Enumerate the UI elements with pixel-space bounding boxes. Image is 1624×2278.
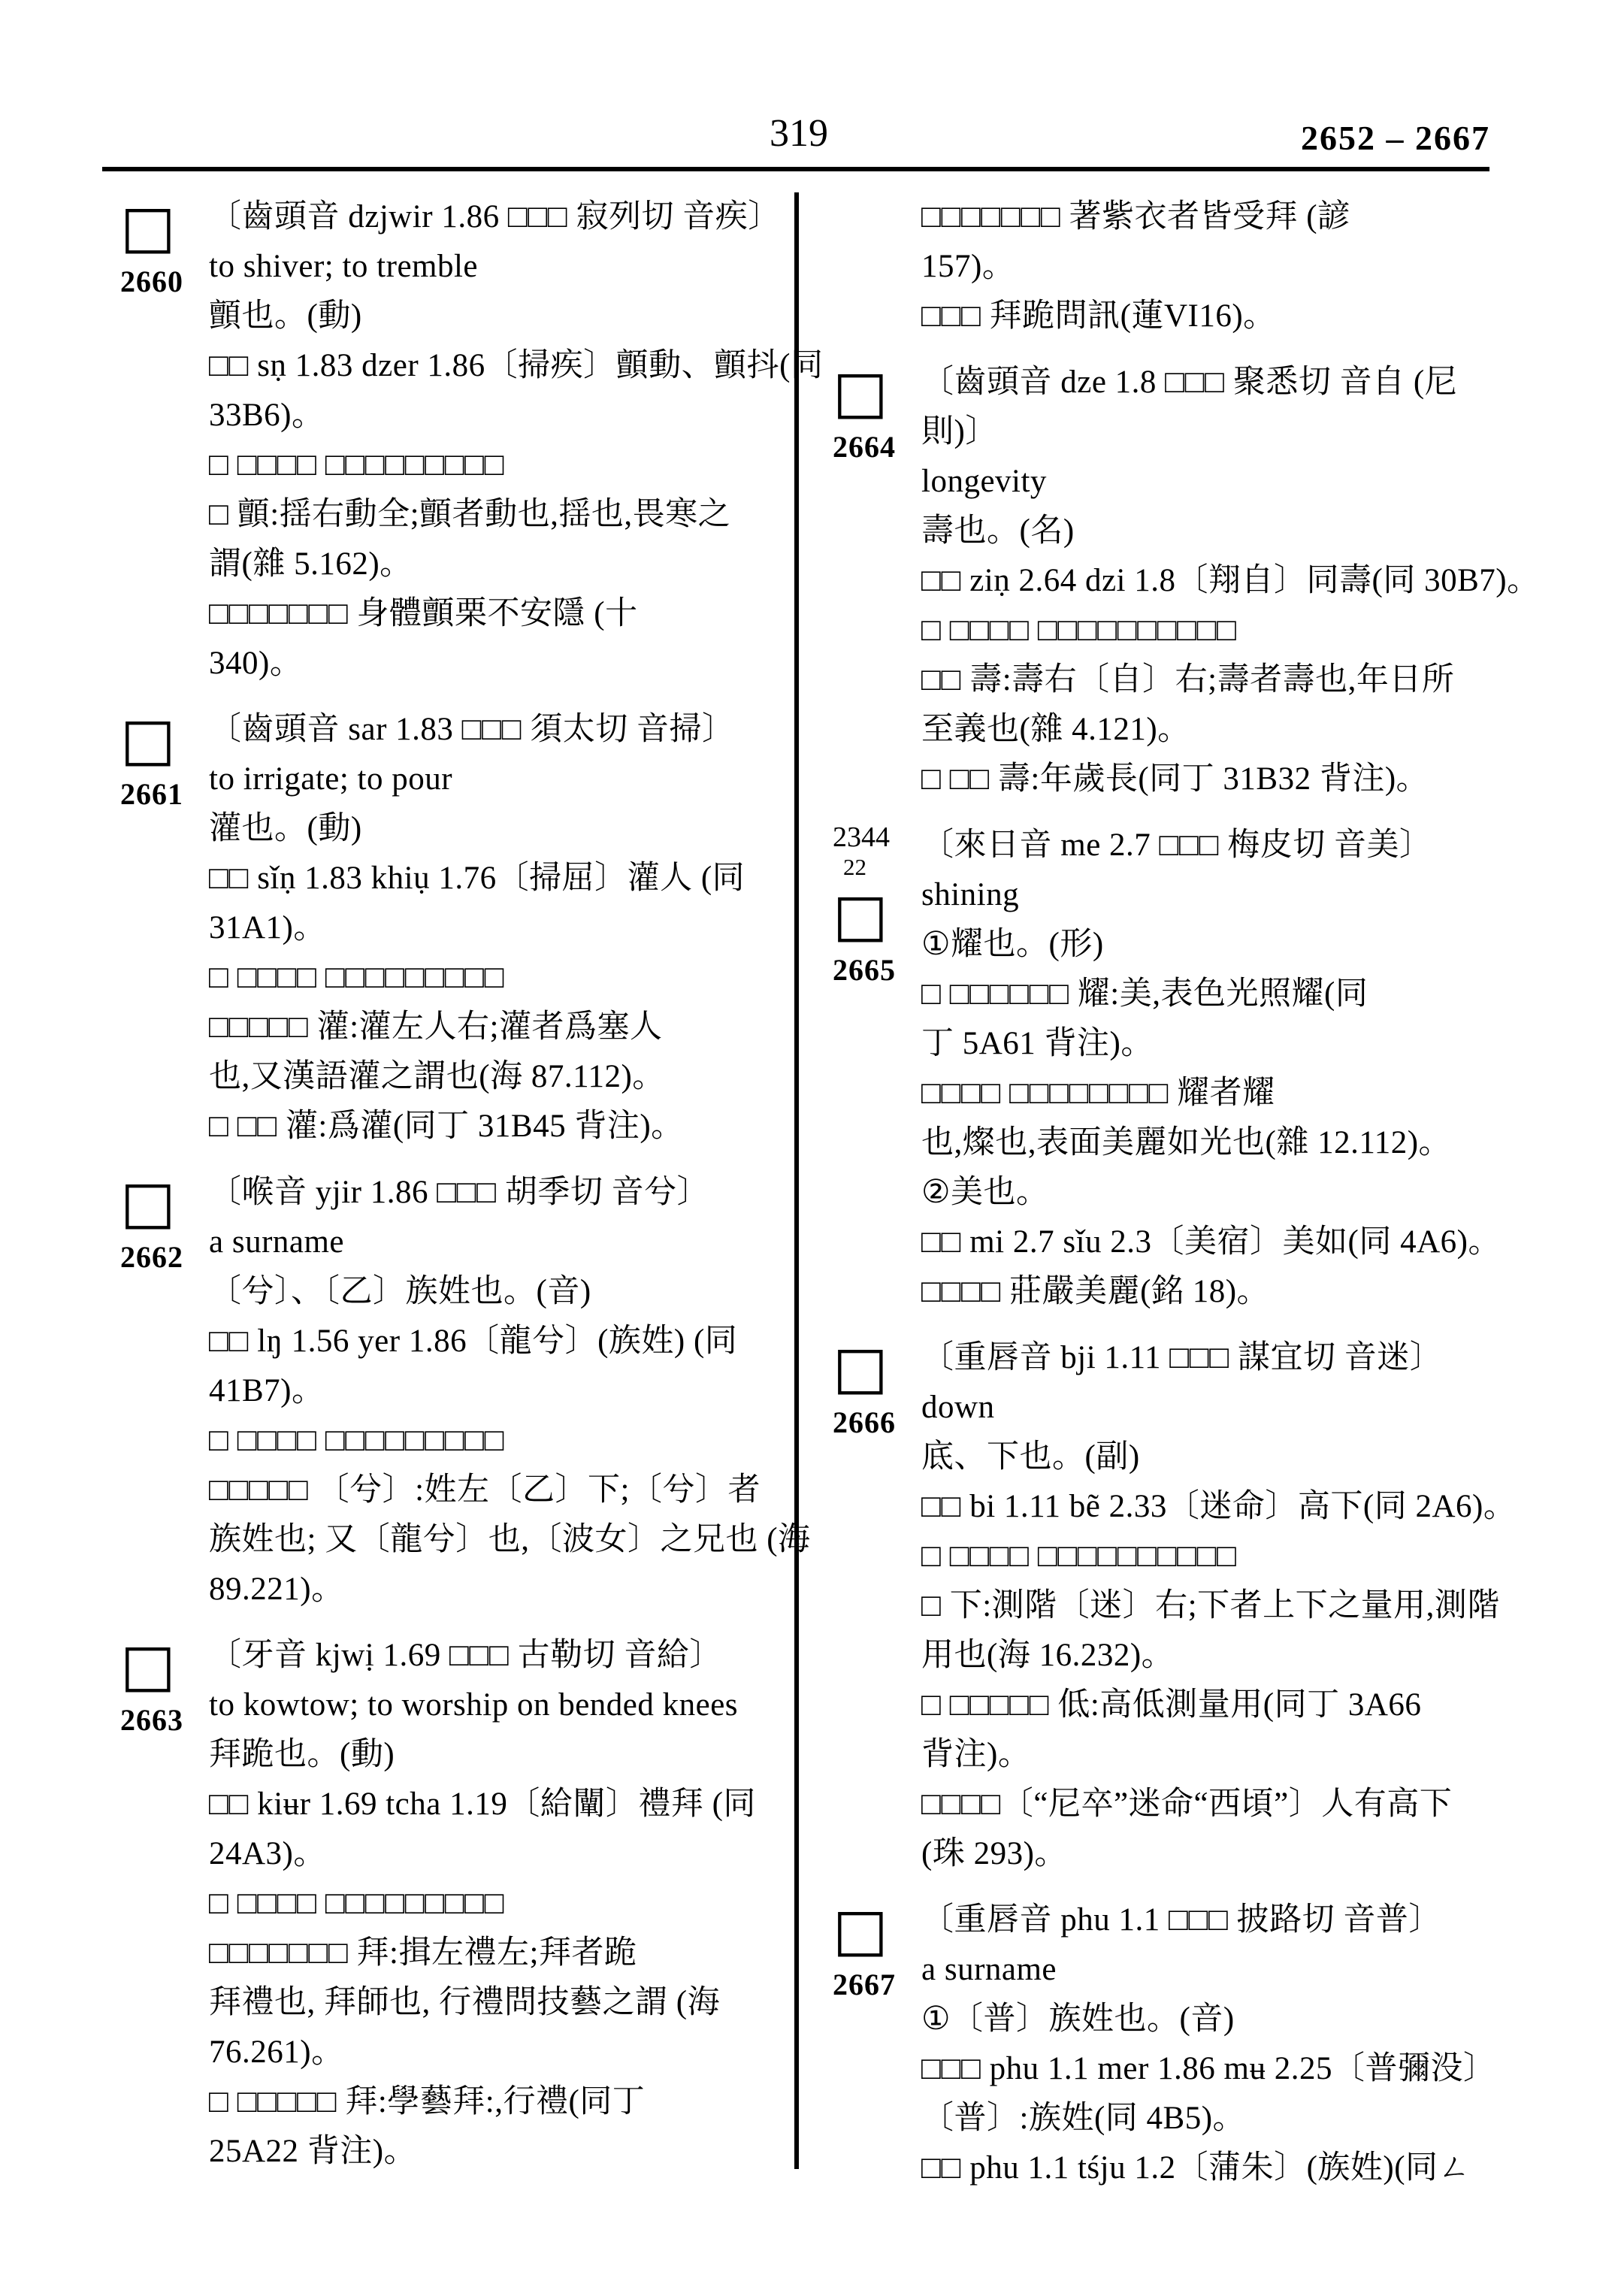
entry-line: □ □□□□□ 拜:學藝拜:,行禮(同丁 bbox=[209, 2077, 785, 2127]
entry-body: 〔齒頭音 sar 1.83 □□□ 須太切 音掃〕to irrigate; to… bbox=[209, 705, 785, 1151]
entry-line: 24A3)。 bbox=[209, 1829, 785, 1879]
entry-line: 族姓也; 又〔龍兮〕也,〔波女〕之兄也 (海 bbox=[209, 1515, 785, 1565]
page-number: 319 bbox=[724, 113, 874, 155]
entry-line: □□ phu 1.1 tśju 1.2〔蒲朱〕(族姓)(同ㄥ bbox=[921, 2143, 1589, 2193]
dictionary-entry: □2666〔重唇音 bji 1.11 □□□ 謀宜切 音迷〕down底、下也。(… bbox=[833, 1333, 1589, 1879]
entry-number: 2665 bbox=[833, 953, 921, 988]
entry-line: □□ sǐṇ 1.83 khiụ 1.76〔掃屈〕灌人 (同 bbox=[209, 854, 785, 903]
entry-line: a surname bbox=[921, 1945, 1589, 1995]
entry-number: 2662 bbox=[120, 1240, 209, 1275]
entry-line: □□ bi 1.11 bẽ 2.33〔迷命〕高下(同 2A6)。 bbox=[921, 1482, 1589, 1532]
entry-number: 2663 bbox=[120, 1703, 209, 1738]
entry-continuation: □□□□□□□ 著紫衣者皆受拜 (諺157)。□□□ 拜跪問訊(蓮VI16)。 bbox=[833, 192, 1589, 341]
entry-line: □ □□ 壽:年歲長(同丁 31B32 背注)。 bbox=[921, 755, 1589, 804]
entry-line: □ □□□□□□ 耀:美,表色光照耀(同 bbox=[921, 970, 1589, 1019]
tangut-headword-glyph: □ bbox=[833, 1333, 921, 1402]
dictionary-entry: 234422□2665〔來日音 me 2.7 □□□ 梅皮切 音美〕shinin… bbox=[833, 821, 1589, 1317]
entry-line: □□ kiʉr 1.69 tcha 1.19〔給闡〕禮拜 (同 bbox=[209, 1780, 785, 1829]
entry-line: □□ sṇ 1.83 dzer 1.86〔掃疾〕顫動、顫抖(同 bbox=[209, 341, 785, 391]
entry-gutter: □2667 bbox=[833, 1895, 921, 2193]
entry-line: 〔來日音 me 2.7 □□□ 梅皮切 音美〕 bbox=[921, 821, 1589, 870]
entry-line: □ □□□□ □□□□□□□□□ bbox=[209, 1879, 785, 1929]
entry-line: 謂(雜 5.162)。 bbox=[209, 540, 785, 589]
entry-line: 壽也。(名) bbox=[921, 507, 1589, 556]
entry-line: a surname bbox=[209, 1218, 785, 1267]
entry-line: 拜跪也。(動) bbox=[209, 1730, 785, 1780]
dictionary-entry: □2661〔齒頭音 sar 1.83 □□□ 須太切 音掃〕to irrigat… bbox=[120, 705, 785, 1151]
entry-line: 33B6)。 bbox=[209, 391, 785, 440]
entry-line: □□□ 拜跪問訊(蓮VI16)。 bbox=[921, 292, 1589, 341]
tangut-headword-glyph: □ bbox=[833, 881, 921, 950]
entry-line: 〔普〕:族姓(同 4B5)。 bbox=[921, 2094, 1589, 2143]
dictionary-entry: □2667〔重唇音 phu 1.1 □□□ 披路切 音普〕a surname①〔… bbox=[833, 1895, 1589, 2193]
entry-body: 〔齒頭音 dzjwir 1.86 □□□ 寂列切 音疾〕to shiver; t… bbox=[209, 192, 785, 688]
entry-line: □ □□ 灌:爲灌(同丁 31B45 背注)。 bbox=[209, 1102, 785, 1151]
entry-line: □ 下:測階〔迷〕右;下者上下之量用,測階 bbox=[921, 1581, 1589, 1631]
entry-line: shining bbox=[921, 870, 1589, 920]
dictionary-page: 319 2652 – 2667 □2660〔齒頭音 dzjwir 1.86 □□… bbox=[0, 0, 1624, 2278]
entry-line: □□□□ □□□□□□□□ 耀者耀 bbox=[921, 1069, 1589, 1118]
column-divider bbox=[794, 192, 799, 2169]
entry-number: 2664 bbox=[833, 430, 921, 464]
entry-line: 丁 5A61 背注)。 bbox=[921, 1019, 1589, 1069]
right-column: □□□□□□□ 著紫衣者皆受拜 (諺157)。□□□ 拜跪問訊(蓮VI16)。□… bbox=[833, 192, 1589, 2193]
entry-line: 顫也。(動) bbox=[209, 292, 785, 341]
entry-body: 〔重唇音 phu 1.1 □□□ 披路切 音普〕a surname①〔普〕族姓也… bbox=[921, 1895, 1589, 2193]
entry-line: to kowtow; to worship on bended knees bbox=[209, 1681, 785, 1730]
entry-line: 41B7)。 bbox=[209, 1366, 785, 1416]
entry-line: 〔重唇音 phu 1.1 □□□ 披路切 音普〕 bbox=[921, 1895, 1589, 1945]
dictionary-entry: □2660〔齒頭音 dzjwir 1.86 □□□ 寂列切 音疾〕to shiv… bbox=[120, 192, 785, 688]
tangut-headword-glyph: □ bbox=[120, 192, 209, 262]
entry-line: 用也(海 16.232)。 bbox=[921, 1631, 1589, 1681]
entry-line: 〔牙音 kjwị 1.69 □□□ 古勒切 音給〕 bbox=[209, 1631, 785, 1681]
entry-line: ②美也。 bbox=[921, 1168, 1589, 1218]
tangut-headword-glyph: □ bbox=[120, 705, 209, 774]
entry-line: 也,燦也,表面美麗如光也(雜 12.112)。 bbox=[921, 1118, 1589, 1168]
dictionary-entry: □2663〔牙音 kjwị 1.69 □□□ 古勒切 音給〕to kowtow;… bbox=[120, 1631, 785, 2177]
entry-line: down bbox=[921, 1383, 1589, 1432]
entry-line: ①〔普〕族姓也。(音) bbox=[921, 1995, 1589, 2044]
entry-line: ①耀也。(形) bbox=[921, 920, 1589, 970]
dictionary-entry: □2664〔齒頭音 dze 1.8 □□□ 聚悉切 音自 (尼則)〕longev… bbox=[833, 358, 1589, 804]
entry-line: □ □□□□□ 低:高低測量用(同丁 3A66 bbox=[921, 1681, 1589, 1730]
entry-body: 〔來日音 me 2.7 □□□ 梅皮切 音美〕shining①耀也。(形)□ □… bbox=[921, 821, 1589, 1317]
entry-line: □□□□□ 灌:灌左人右;灌者爲塞人 bbox=[209, 1003, 785, 1052]
entry-line: □□ 壽:壽右〔自〕右;壽者壽也,年日所 bbox=[921, 655, 1589, 705]
entry-line: 76.261)。 bbox=[209, 2028, 785, 2077]
entry-line: □□□□□ 〔兮〕:姓左〔乙〕下;〔兮〕者 bbox=[209, 1466, 785, 1515]
entry-line: longevity bbox=[921, 457, 1589, 507]
entry-number: 2661 bbox=[120, 777, 209, 812]
entry-line: □ □□□□ □□□□□□□□□□ bbox=[921, 606, 1589, 655]
entry-line: (珠 293)。 bbox=[921, 1829, 1589, 1879]
entry-line: 25A22 背注)。 bbox=[209, 2127, 785, 2177]
entry-line: □□□□ 莊嚴美麗(銘 18)。 bbox=[921, 1267, 1589, 1317]
entry-line: 157)。 bbox=[921, 242, 1589, 292]
entry-line: to irrigate; to pour bbox=[209, 755, 785, 804]
entry-line: □ □□□□ □□□□□□□□□ bbox=[209, 953, 785, 1003]
entry-number: 2667 bbox=[833, 1968, 921, 2002]
entry-line: □□□□□□□ 著紫衣者皆受拜 (諺 bbox=[921, 192, 1589, 242]
entry-body: 〔喉音 yjir 1.86 □□□ 胡季切 音兮〕a surname〔兮〕、〔乙… bbox=[209, 1168, 785, 1614]
entry-line: □□□ phu 1.1 mer 1.86 mʉ 2.25〔普彌没〕 bbox=[921, 2044, 1589, 2094]
header-rule bbox=[102, 167, 1489, 171]
entry-gutter: □2664 bbox=[833, 358, 921, 804]
entry-line: □ □□□□ □□□□□□□□□ bbox=[209, 1416, 785, 1466]
tangut-headword-glyph: □ bbox=[833, 1895, 921, 1965]
entry-line: 340)。 bbox=[209, 639, 785, 688]
tangut-headword-glyph: □ bbox=[120, 1631, 209, 1700]
entry-line: to shiver; to tremble bbox=[209, 242, 785, 292]
entry-line: □□□□〔“尼卒”迷命“西頃”〕人有高下 bbox=[921, 1780, 1589, 1829]
tangut-headword-glyph: □ bbox=[120, 1168, 209, 1237]
cross-reference-number: 22 bbox=[833, 854, 921, 881]
entry-line: □ □□□□ □□□□□□□□□ bbox=[209, 440, 785, 490]
entry-line: 〔喉音 yjir 1.86 □□□ 胡季切 音兮〕 bbox=[209, 1168, 785, 1218]
entry-line: 〔齒頭音 dze 1.8 □□□ 聚悉切 音自 (尼 bbox=[921, 358, 1589, 407]
entry-line: 89.221)。 bbox=[209, 1565, 785, 1614]
entry-body: 〔牙音 kjwị 1.69 □□□ 古勒切 音給〕to kowtow; to w… bbox=[209, 1631, 785, 2177]
header-entry-range: 2652 – 2667 bbox=[1227, 119, 1490, 158]
entry-line: 至義也(雜 4.121)。 bbox=[921, 705, 1589, 755]
entry-line: 也,又漢語灌之謂也(海 87.112)。 bbox=[209, 1052, 785, 1102]
entry-body: □□□□□□□ 著紫衣者皆受拜 (諺157)。□□□ 拜跪問訊(蓮VI16)。 bbox=[921, 192, 1589, 341]
left-column: □2660〔齒頭音 dzjwir 1.86 □□□ 寂列切 音疾〕to shiv… bbox=[120, 192, 785, 2177]
entry-line: 則)〕 bbox=[921, 407, 1589, 457]
entry-number: 2666 bbox=[833, 1405, 921, 1440]
entry-line: 31A1)。 bbox=[209, 903, 785, 953]
entry-line: 背注)。 bbox=[921, 1730, 1589, 1780]
dictionary-entry: □2662〔喉音 yjir 1.86 □□□ 胡季切 音兮〕a surname〔… bbox=[120, 1168, 785, 1614]
cross-reference-number: 2344 bbox=[833, 821, 921, 854]
entry-line: 〔齒頭音 sar 1.83 □□□ 須太切 音掃〕 bbox=[209, 705, 785, 755]
entry-gutter bbox=[833, 192, 921, 341]
entry-line: □ 顫:揺右動全;顫者動也,揺也,畏寒之 bbox=[209, 490, 785, 540]
entry-line: 灌也。(動) bbox=[209, 804, 785, 854]
entry-line: □□□□□□□ 拜:揖左禮左;拜者跪 bbox=[209, 1929, 785, 1978]
entry-line: □□ mi 2.7 sǐu 2.3〔美宿〕美如(同 4A6)。 bbox=[921, 1218, 1589, 1267]
entry-gutter: □2661 bbox=[120, 705, 209, 1151]
entry-line: 〔齒頭音 dzjwir 1.86 □□□ 寂列切 音疾〕 bbox=[209, 192, 785, 242]
entry-line: □ □□□□ □□□□□□□□□□ bbox=[921, 1532, 1589, 1581]
entry-line: □□ lŋ 1.56 yer 1.86〔龍兮〕(族姓) (同 bbox=[209, 1317, 785, 1366]
entry-line: 拜禮也, 拜師也, 行禮問技藝之謂 (海 bbox=[209, 1978, 785, 2028]
entry-gutter: □2663 bbox=[120, 1631, 209, 2177]
entry-gutter: □2660 bbox=[120, 192, 209, 688]
entry-line: □□□□□□□ 身體顫栗不安隱 (十 bbox=[209, 589, 785, 639]
entry-line: 〔重唇音 bji 1.11 □□□ 謀宜切 音迷〕 bbox=[921, 1333, 1589, 1383]
tangut-headword-glyph: □ bbox=[833, 358, 921, 427]
entry-line: □□ ziṇ 2.64 dzi 1.8〔翔自〕同壽(同 30B7)。 bbox=[921, 556, 1589, 606]
entry-gutter: 234422□2665 bbox=[833, 821, 921, 1317]
entry-line: 底、下也。(副) bbox=[921, 1432, 1589, 1482]
entry-line: 〔兮〕、〔乙〕族姓也。(音) bbox=[209, 1267, 785, 1317]
entry-gutter: □2666 bbox=[833, 1333, 921, 1879]
entry-number: 2660 bbox=[120, 265, 209, 299]
entry-gutter: □2662 bbox=[120, 1168, 209, 1614]
entry-body: 〔重唇音 bji 1.11 □□□ 謀宜切 音迷〕down底、下也。(副)□□ … bbox=[921, 1333, 1589, 1879]
entry-body: 〔齒頭音 dze 1.8 □□□ 聚悉切 音自 (尼則)〕longevity壽也… bbox=[921, 358, 1589, 804]
